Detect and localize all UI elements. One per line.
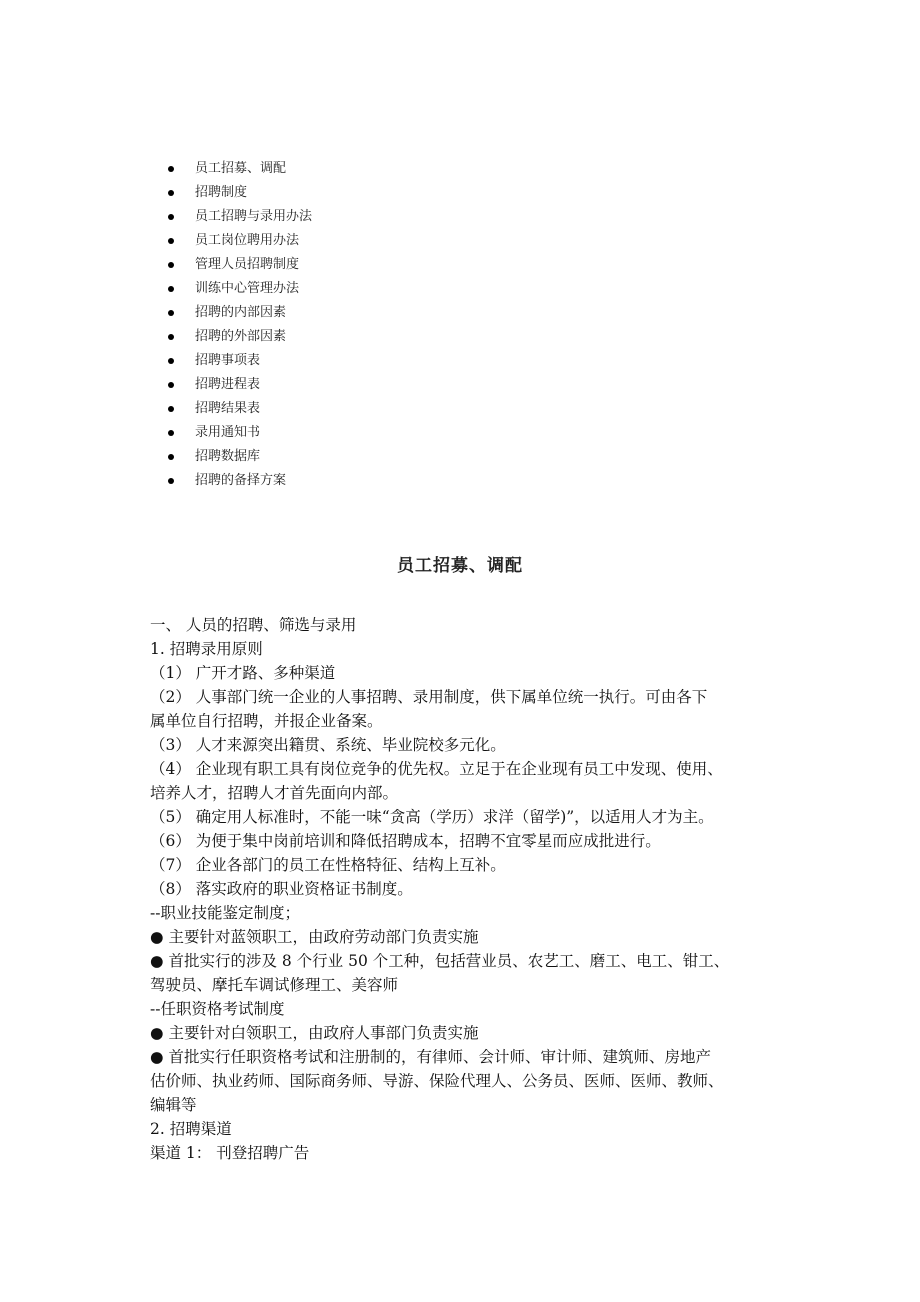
- toc-item-label[interactable]: 录用通知书: [195, 421, 260, 445]
- toc-item-label[interactable]: 招聘进程表: [195, 373, 260, 397]
- paragraph-line: （5） 确定用人标准时，不能一味“贪高（学历）求洋（留学)”，以适用人才为主。: [150, 805, 790, 829]
- toc-item-label[interactable]: 训练中心管理办法: [195, 277, 299, 301]
- toc-item-label[interactable]: 招聘制度: [195, 181, 247, 205]
- document-body: 一、 人员的招聘、筛选与录用 1. 招聘录用原则 （1） 广开才路、多种渠道 （…: [150, 613, 790, 1165]
- paragraph-line: （2） 人事部门统一企业的人事招聘、录用制度，供下属单位统一执行。可由各下: [150, 685, 790, 709]
- paragraph-line: （3） 人才来源突出籍贯、系统、毕业院校多元化。: [150, 733, 790, 757]
- toc-item-label[interactable]: 员工招聘与录用办法: [195, 205, 312, 229]
- paragraph-line: 属单位自行招聘，并报企业备案。: [150, 709, 790, 733]
- toc-item-label[interactable]: 员工招募、调配: [195, 157, 286, 181]
- subsection-title: 1. 招聘录用原则: [150, 637, 790, 661]
- section-title: 一、 人员的招聘、筛选与录用: [150, 613, 790, 637]
- paragraph-line: 驾驶员、摩托车调试修理工、美容师: [150, 973, 790, 997]
- bullet-icon: [168, 190, 174, 196]
- paragraph-line: （7） 企业各部门的员工在性格特征、结构上互补。: [150, 853, 790, 877]
- toc-item-label[interactable]: 管理人员招聘制度: [195, 253, 299, 277]
- paragraph-line: （6） 为便于集中岗前培训和降低招聘成本，招聘不宜零星而应成批进行。: [150, 829, 790, 853]
- toc-item-label[interactable]: 招聘的备择方案: [195, 469, 286, 493]
- paragraph-line: 估价师、执业药师、国际商务师、导游、保险代理人、公务员、医师、医师、教师、: [150, 1069, 790, 1093]
- paragraph-line: --职业技能鉴定制度；: [150, 901, 790, 925]
- bullet-icon: [168, 262, 174, 268]
- paragraph-line: 编辑等: [150, 1093, 790, 1117]
- paragraph-line: 培养人才，招聘人才首先面向内部。: [150, 781, 790, 805]
- paragraph-line: ● 首批实行的涉及 8 个行业 50 个工种，包括营业员、农艺工、磨工、电工、钳…: [150, 949, 790, 973]
- section-heading: 员工招募、调配: [0, 551, 920, 576]
- paragraph-line: ● 首批实行任职资格考试和注册制的，有律师、会计师、审计师、建筑师、房地产: [150, 1045, 790, 1069]
- bullet-icon: [168, 166, 174, 172]
- toc-item-label[interactable]: 招聘的外部因素: [195, 325, 286, 349]
- bullet-icon: [168, 214, 174, 220]
- paragraph-line: ● 主要针对蓝领职工，由政府劳动部门负责实施: [150, 925, 790, 949]
- bullet-icon: [168, 358, 174, 364]
- bullet-icon: [168, 430, 174, 436]
- bullet-icon: [168, 478, 174, 484]
- paragraph-line: 渠道 1： 刊登招聘广告: [150, 1141, 790, 1165]
- paragraph-line: --任职资格考试制度: [150, 997, 790, 1021]
- paragraph-line: ● 主要针对白领职工，由政府人事部门负责实施: [150, 1021, 790, 1045]
- bullet-icon: [168, 454, 174, 460]
- bullet-icon: [168, 334, 174, 340]
- toc-item-label[interactable]: 员工岗位聘用办法: [195, 229, 299, 253]
- bullet-icon: [168, 382, 174, 388]
- paragraph-line: （1） 广开才路、多种渠道: [150, 661, 790, 685]
- toc-item-label[interactable]: 招聘数据库: [195, 445, 260, 469]
- bullet-icon: [168, 310, 174, 316]
- subsection-title: 2. 招聘渠道: [150, 1117, 790, 1141]
- bullet-icon: [168, 286, 174, 292]
- paragraph-line: （8） 落实政府的职业资格证书制度。: [150, 877, 790, 901]
- bullet-icon: [168, 238, 174, 244]
- bullet-icon: [168, 406, 174, 412]
- toc-item-label[interactable]: 招聘的内部因素: [195, 301, 286, 325]
- paragraph-line: （4） 企业现有职工具有岗位竞争的优先权。立足于在企业现有员工中发现、使用、: [150, 757, 790, 781]
- toc-item-label[interactable]: 招聘事项表: [195, 349, 260, 373]
- toc-item-label[interactable]: 招聘结果表: [195, 397, 260, 421]
